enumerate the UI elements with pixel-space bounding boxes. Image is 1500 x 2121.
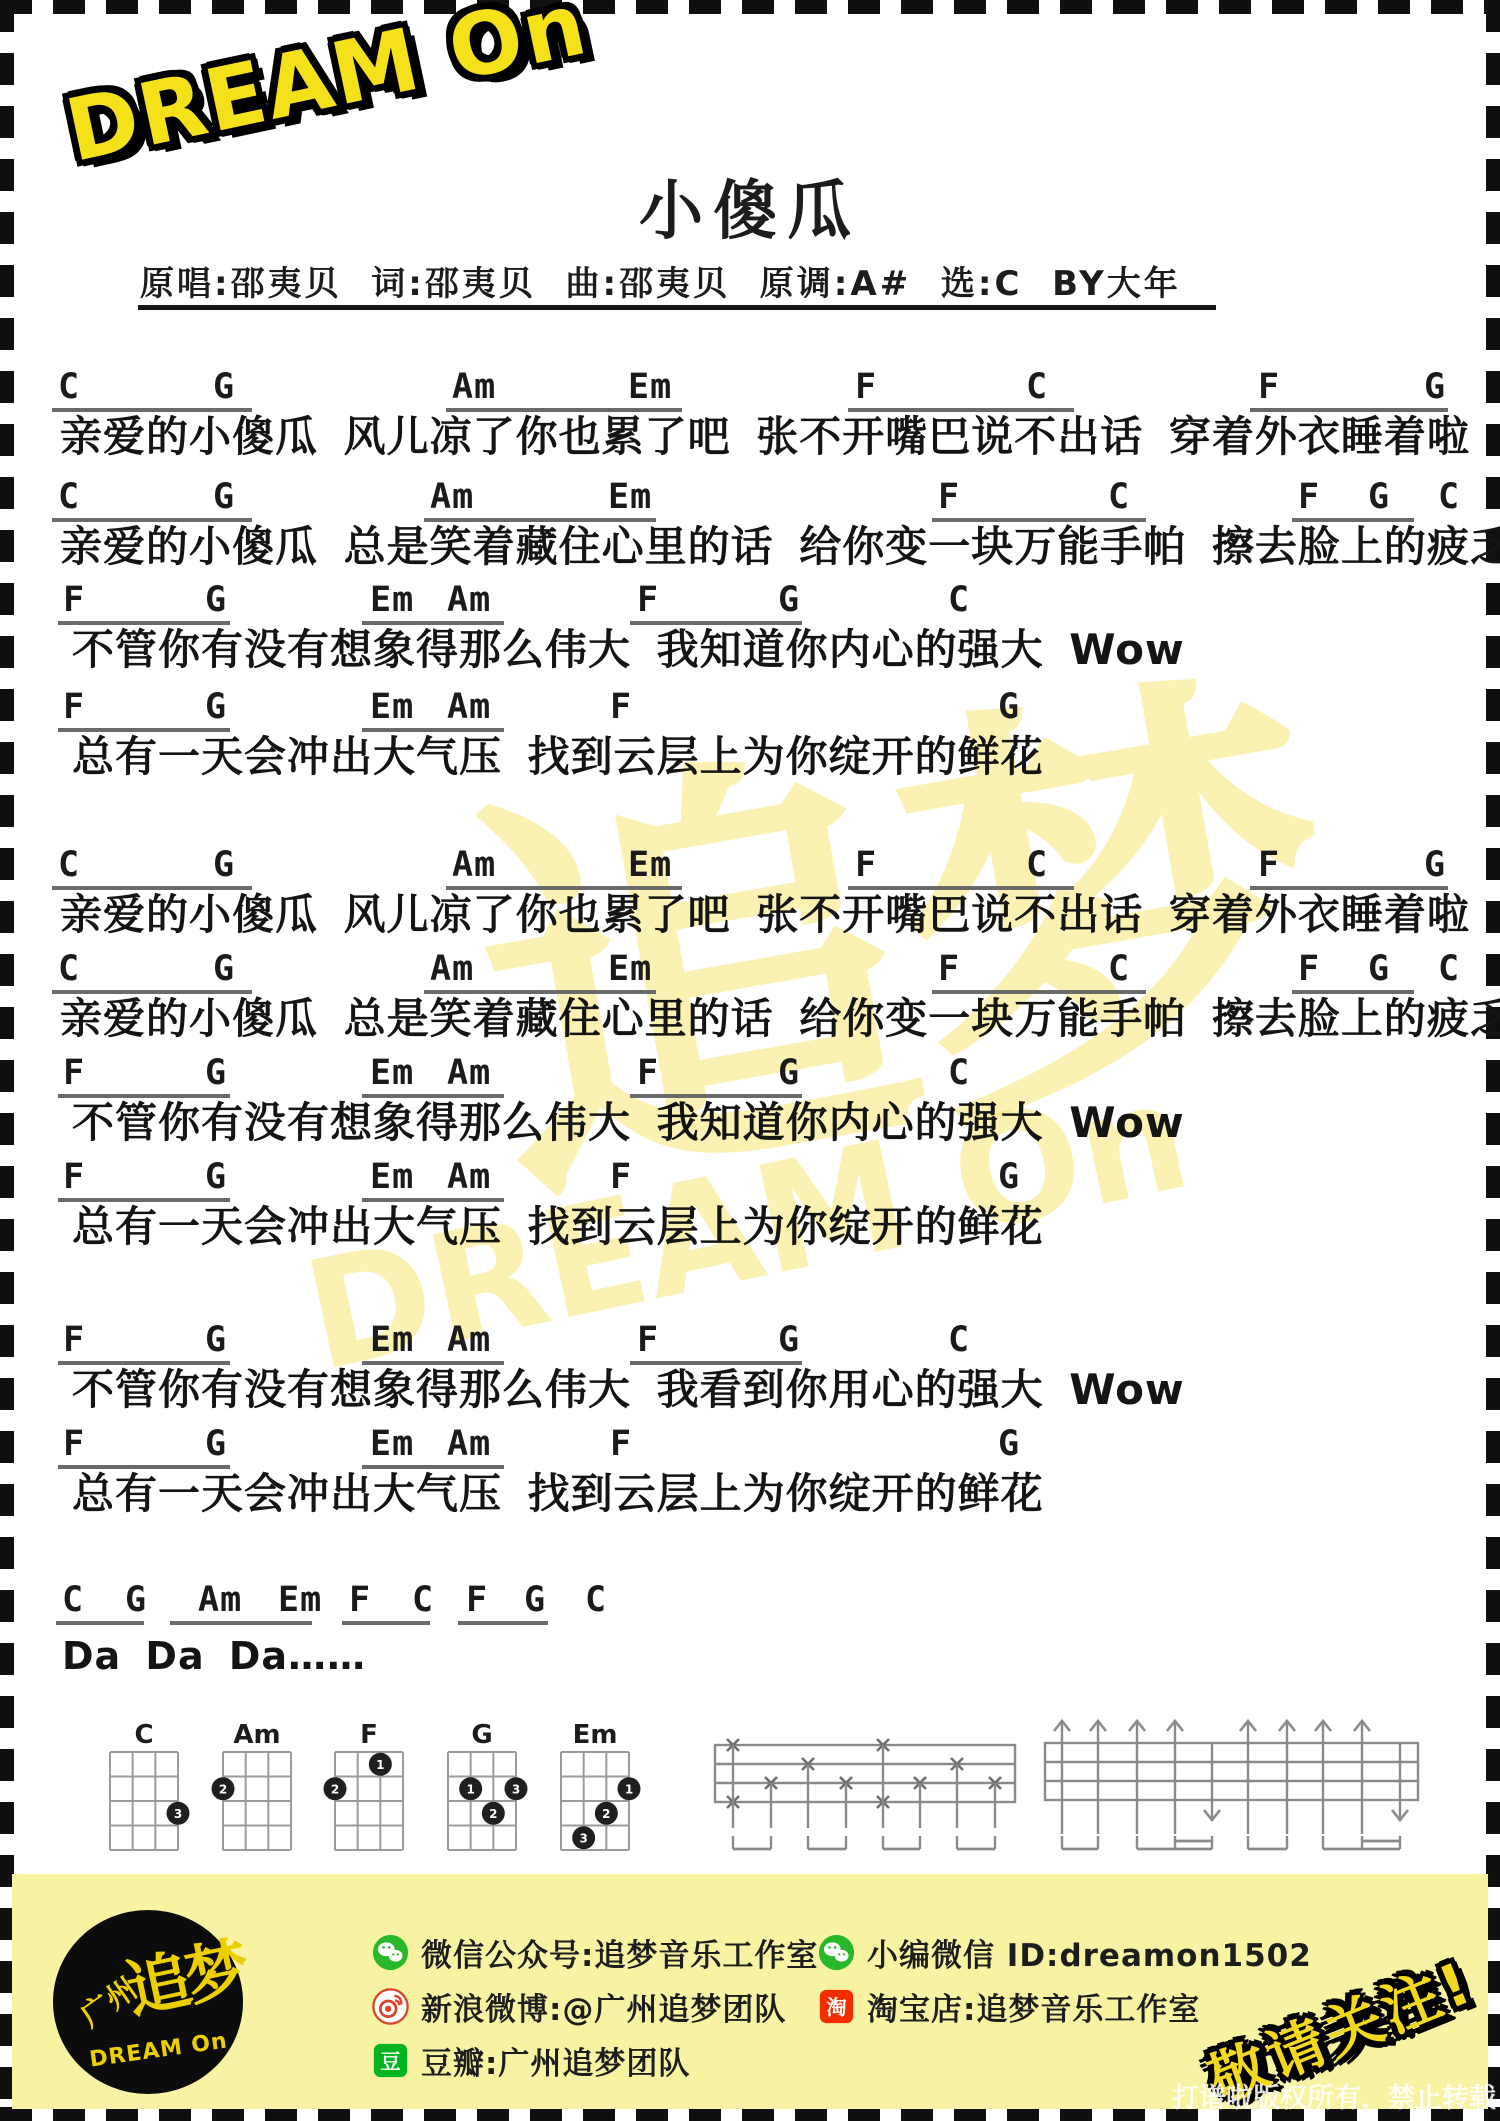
footer-douban-row: 豆 豆瓣:广州追梦团队 bbox=[372, 2038, 690, 2083]
svg-text:淘: 淘 bbox=[826, 1995, 847, 2019]
svg-text:2: 2 bbox=[331, 1782, 339, 1796]
svg-text:1: 1 bbox=[376, 1758, 384, 1772]
footer-weibo-text: 新浪微博:@广州追梦团队 bbox=[421, 1984, 786, 2029]
svg-text:1: 1 bbox=[466, 1782, 474, 1796]
seal-sub-label: DREAM On bbox=[88, 2028, 229, 2072]
svg-text:豆: 豆 bbox=[380, 2049, 400, 2073]
chord-diagram-Am: 2 bbox=[211, 1740, 303, 1864]
chord-diagram-Em: 123 bbox=[549, 1740, 641, 1864]
footer-weibo-row: 新浪微博:@广州追梦团队 bbox=[372, 1984, 786, 2029]
svg-text:3: 3 bbox=[512, 1782, 520, 1796]
footer-douban-text: 豆瓣:广州追梦团队 bbox=[421, 2038, 690, 2083]
strum-pattern-staffs bbox=[700, 1700, 1440, 1870]
footer-taobao-text: 淘宝店:追梦音乐工作室 bbox=[867, 1984, 1200, 2029]
footer-taobao-row: 淘 淘宝店:追梦音乐工作室 bbox=[818, 1984, 1200, 2029]
taobao-icon: 淘 bbox=[818, 1988, 855, 2025]
chord-diagram-C: 3 bbox=[98, 1740, 190, 1864]
svg-text:3: 3 bbox=[579, 1831, 587, 1845]
svg-text:2: 2 bbox=[489, 1807, 497, 1821]
seal-main-label: 追梦 bbox=[117, 1917, 254, 2032]
footer-editor-wechat-text: 小编微信 ID:dreamon1502 bbox=[867, 1930, 1312, 1975]
chord-sheet-page: 追梦DREAM On DREAM On 小傻瓜 原唱:邵夷贝 词:邵夷贝 曲:邵… bbox=[0, 0, 1500, 2121]
footer-wechat-public-row: 微信公众号:追梦音乐工作室 bbox=[372, 1930, 818, 1975]
studio-seal-logo: 广州 追梦 DREAM On bbox=[53, 1910, 243, 2094]
copyright-watermark: 打谱啦版权所有，禁止转载 bbox=[1172, 2076, 1496, 2115]
svg-text:2: 2 bbox=[219, 1782, 227, 1796]
svg-text:3: 3 bbox=[174, 1807, 182, 1821]
weibo-icon bbox=[372, 1988, 409, 2025]
chord-diagram-F: 12 bbox=[323, 1740, 415, 1864]
footer-editor-wechat-row: 小编微信 ID:dreamon1502 bbox=[818, 1930, 1312, 1975]
douban-icon: 豆 bbox=[372, 2042, 409, 2079]
chord-diagram-G: 132 bbox=[436, 1740, 528, 1864]
wechat-icon bbox=[372, 1934, 409, 1971]
svg-text:2: 2 bbox=[602, 1807, 610, 1821]
wechat-icon bbox=[818, 1934, 855, 1971]
svg-text:1: 1 bbox=[625, 1782, 633, 1796]
footer-wechat-public-text: 微信公众号:追梦音乐工作室 bbox=[421, 1930, 818, 1975]
